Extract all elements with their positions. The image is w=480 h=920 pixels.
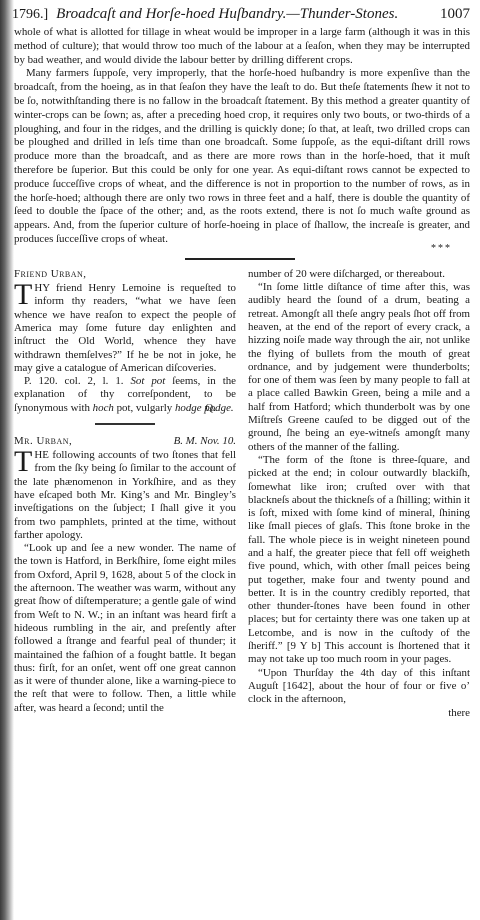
- article-husbandry: whole of what is allotted for tillage in…: [6, 26, 474, 247]
- section-divider: [95, 423, 155, 425]
- paragraph: Many farmers ſuppoſe, very improperly, t…: [14, 67, 470, 246]
- running-header: 1796.] Broadcaſt and Horſe-hoed Huſbandr…: [6, 0, 474, 26]
- page-number: 1007: [440, 6, 470, 23]
- catchword: there: [248, 707, 470, 720]
- note-text: pot, vulgarly: [114, 402, 175, 414]
- paragraph: THE following accounts of two ſtones tha…: [14, 449, 236, 542]
- dateline: B. M. Nov. 10.: [174, 435, 236, 449]
- header-year: 1796.]: [12, 7, 48, 23]
- paragraph: “The form of the ſtone is three-ſquare, …: [248, 454, 470, 667]
- note-ref: P. 120. col. 2, l. 1.: [24, 375, 124, 387]
- left-column: Friend Urban, THY friend Henry Lemoine i…: [14, 268, 236, 720]
- paragraph: THY friend Henry Lemoine is requeſted to…: [14, 282, 236, 375]
- note-term: Sot pot: [130, 375, 165, 387]
- paragraph: whole of what is allotted for tillage in…: [14, 26, 470, 67]
- paragraph: number of 20 were diſcharged, or thereab…: [248, 268, 470, 281]
- two-column-body: Friend Urban, THY friend Henry Lemoine i…: [6, 268, 474, 720]
- header-title: Broadcaſt and Horſe-hoed Huſbandry.—Thun…: [56, 6, 440, 23]
- paragraph: “Look up and ſee a new wonder. The name …: [14, 542, 236, 715]
- magazine-page: 1796.] Broadcaſt and Horſe-hoed Huſbandr…: [6, 0, 474, 720]
- salutation: Mr. Urban,: [14, 435, 72, 448]
- section-divider: [185, 258, 295, 260]
- paragraph: “In ſome little diſtance of time after t…: [248, 281, 470, 454]
- paragraph-note: P. 120. col. 2, l. 1. Sot pot ſeems, in …: [14, 375, 236, 415]
- salutation: Friend Urban,: [14, 268, 236, 281]
- letter-heading: Mr. Urban, B. M. Nov. 10.: [14, 435, 236, 449]
- paragraph: “Upon Thurſday the 4th day of this inſta…: [248, 667, 470, 707]
- note-term: hoch: [93, 402, 114, 414]
- note-term: hodge podge.: [175, 402, 234, 414]
- right-column: number of 20 were diſcharged, or thereab…: [248, 268, 470, 720]
